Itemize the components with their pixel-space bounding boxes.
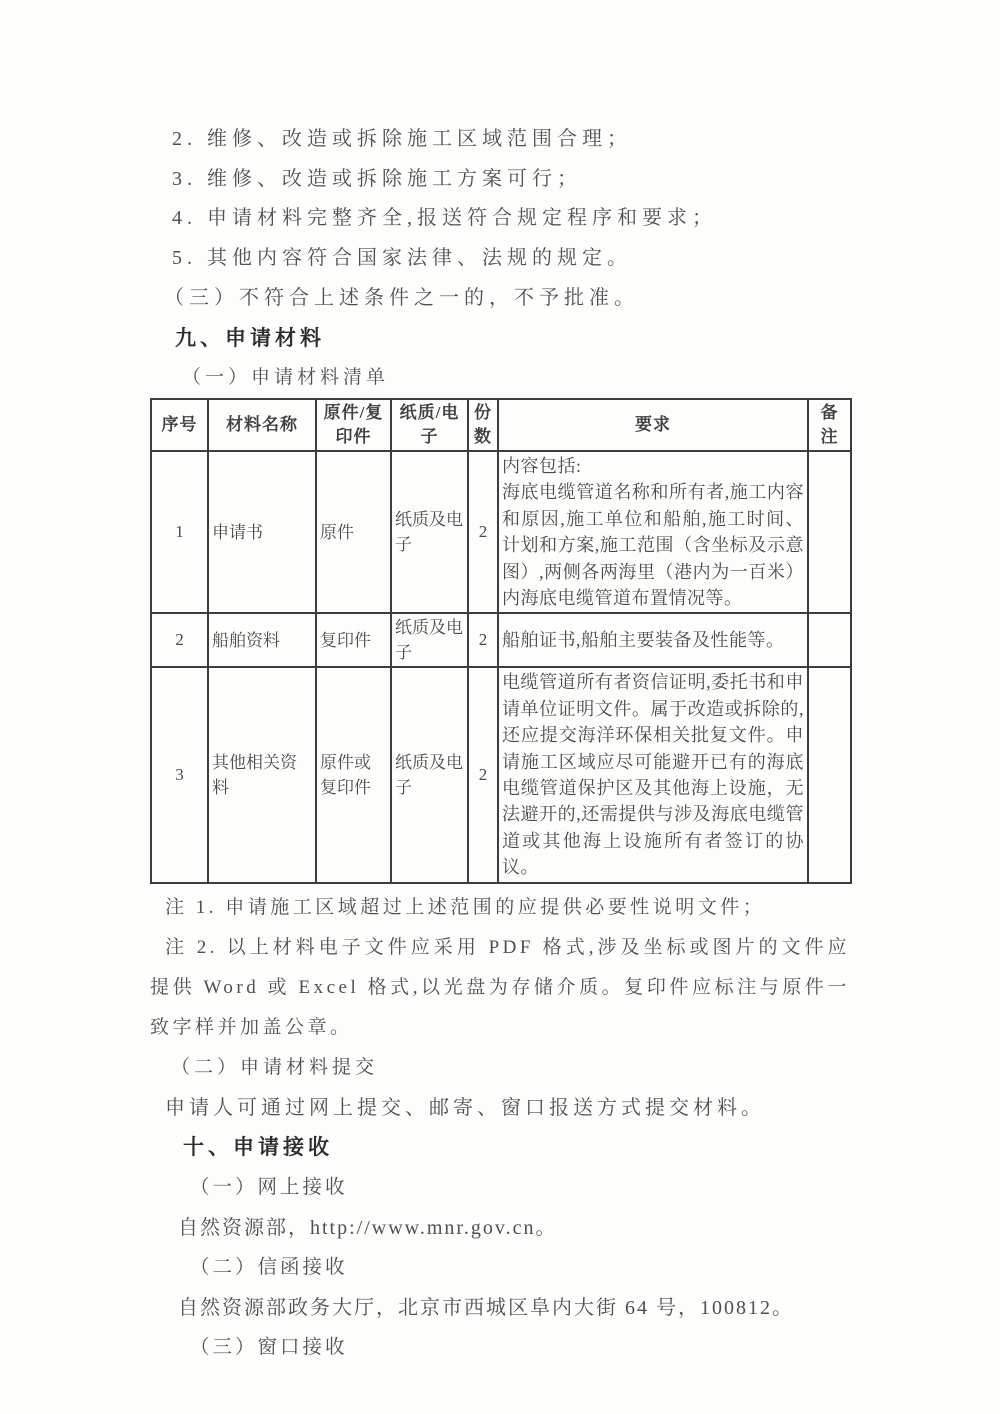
cell-req: 内容包括: 海底电缆管道名称和所有者,施工内容和原因,施工单位和船舶,施工时间、… bbox=[498, 451, 808, 613]
header-col-original: 原件/复印件 bbox=[316, 399, 391, 451]
header-col-media: 纸质/电子 bbox=[391, 399, 468, 451]
table-header-row: 序号 材料名称 原件/复印件 纸质/电子 份数 要求 备注 bbox=[151, 399, 851, 451]
list-item: 2. 维修、改造或拆除施工区域范围合理； bbox=[0, 120, 1000, 160]
section-10-sub1-heading: （一）网上接收 bbox=[0, 1168, 1000, 1208]
header-col-req: 要求 bbox=[498, 399, 808, 451]
cell-original: 复印件 bbox=[316, 613, 391, 667]
cell-no: 3 bbox=[151, 667, 208, 882]
table-row: 3 其他相关资料 原件或复印件 纸质及电子 2 电缆管道所有者资信证明,委托书和… bbox=[151, 667, 851, 882]
header-col-remark: 备注 bbox=[808, 399, 851, 451]
section-10-heading: 十、申请接收 bbox=[0, 1128, 1000, 1168]
section-9-heading: 九、申请材料 bbox=[0, 319, 1000, 359]
cell-remark bbox=[808, 451, 851, 613]
cell-copies: 2 bbox=[468, 613, 498, 667]
document-page: 2. 维修、改造或拆除施工区域范围合理； 3. 维修、改造或拆除施工方案可行； … bbox=[0, 0, 1000, 1414]
header-col-name: 材料名称 bbox=[208, 399, 316, 451]
cell-original: 原件或复印件 bbox=[316, 667, 391, 882]
cell-name: 申请书 bbox=[208, 451, 316, 613]
table-note-2: 注 2. 以上材料电子文件应采用 PDF 格式,涉及坐标或图片的文件应提供 Wo… bbox=[150, 928, 850, 1048]
cell-no: 2 bbox=[151, 613, 208, 667]
section-9-sub2-heading: （二）申请材料提交 bbox=[0, 1048, 1000, 1088]
table-row: 2 船舶资料 复印件 纸质及电子 2 船舶证书,船舶主要装备及性能等。 bbox=[151, 613, 851, 667]
cell-original: 原件 bbox=[316, 451, 391, 613]
section-10-sub2-body: 自然资源部政务大厅，北京市西城区阜内大街 64 号，100812。 bbox=[0, 1288, 1000, 1328]
cell-media: 纸质及电子 bbox=[391, 667, 468, 882]
cell-req: 船舶证书,船舶主要装备及性能等。 bbox=[498, 613, 808, 667]
cell-copies: 2 bbox=[468, 451, 498, 613]
notes-and-sections: 注 1. 申请施工区域超过上述范围的应提供必要性说明文件； 注 2. 以上材料电… bbox=[0, 888, 1000, 1368]
cell-req: 电缆管道所有者资信证明,委托书和申请单位证明文件。属于改造或拆除的,还应提交海洋… bbox=[498, 667, 808, 882]
cell-remark bbox=[808, 613, 851, 667]
section-9-sub2-body: 申请人可通过网上提交、邮寄、窗口报送方式提交材料。 bbox=[0, 1088, 1000, 1128]
list-item: 3. 维修、改造或拆除施工方案可行； bbox=[0, 160, 1000, 200]
cell-remark bbox=[808, 667, 851, 882]
cell-no: 1 bbox=[151, 451, 208, 613]
application-materials-table: 序号 材料名称 原件/复印件 纸质/电子 份数 要求 备注 1 申请书 原件 纸… bbox=[150, 398, 852, 884]
list-item: 5. 其他内容符合国家法律、法规的规定。 bbox=[0, 239, 1000, 279]
cell-copies: 2 bbox=[468, 667, 498, 882]
table-note-1: 注 1. 申请施工区域超过上述范围的应提供必要性说明文件； bbox=[150, 888, 850, 928]
section-10-sub2-heading: （二）信函接收 bbox=[0, 1248, 1000, 1288]
fail-condition: （三）不符合上述条件之一的，不予批准。 bbox=[0, 279, 1000, 319]
table-row: 1 申请书 原件 纸质及电子 2 内容包括: 海底电缆管道名称和所有者,施工内容… bbox=[151, 451, 851, 613]
header-col-no: 序号 bbox=[151, 399, 208, 451]
approval-conditions-list: 2. 维修、改造或拆除施工区域范围合理； 3. 维修、改造或拆除施工方案可行； … bbox=[0, 0, 1000, 398]
cell-name: 船舶资料 bbox=[208, 613, 316, 667]
header-col-copies: 份数 bbox=[468, 399, 498, 451]
cell-media: 纸质及电子 bbox=[391, 613, 468, 667]
list-item: 4. 申请材料完整齐全,报送符合规定程序和要求； bbox=[0, 199, 1000, 239]
section-10-sub1-body: 自然资源部，http://www.mnr.gov.cn。 bbox=[0, 1208, 1000, 1248]
cell-media: 纸质及电子 bbox=[391, 451, 468, 613]
section-10-sub3-heading: （三）窗口接收 bbox=[0, 1328, 1000, 1368]
cell-name: 其他相关资料 bbox=[208, 667, 316, 882]
section-9-sub1-heading: （一）申请材料清单 bbox=[0, 358, 1000, 398]
